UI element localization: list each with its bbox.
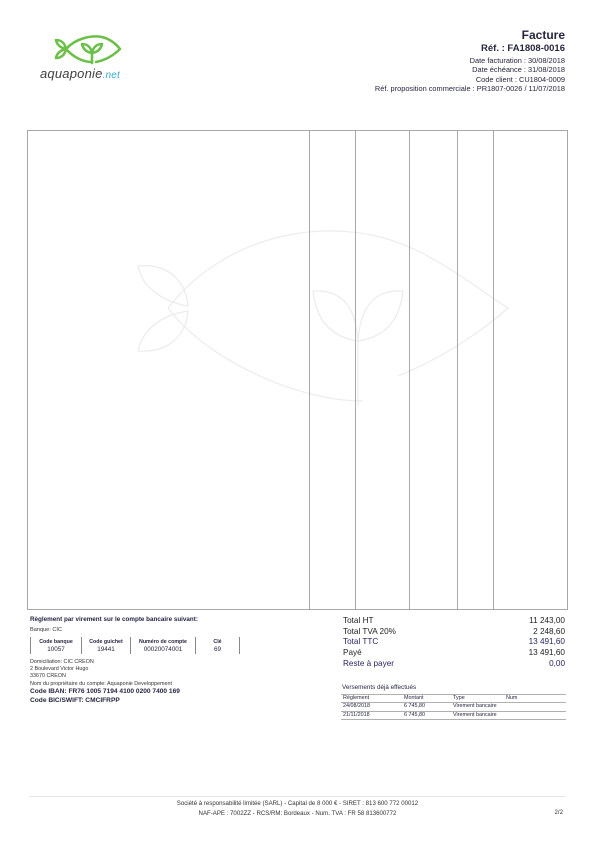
col-header: Type bbox=[451, 695, 504, 703]
total-label: Total TVA 20% bbox=[343, 627, 396, 638]
bank-codes-grid: Code banque 10057 Code guichet 19441 Num… bbox=[30, 637, 240, 654]
legal-footer: Société à responsabilité limitée (SARL) … bbox=[0, 799, 595, 818]
key-cell: Clé 69 bbox=[195, 637, 240, 654]
branch-code-value: 19441 bbox=[82, 646, 130, 654]
payments-header-row: Règlement Montant Type Num bbox=[341, 695, 566, 703]
column-divider bbox=[457, 131, 458, 609]
invoice-reference: Réf. : FA1808-0016 bbox=[375, 42, 565, 56]
key-value: 69 bbox=[196, 646, 239, 654]
branch-code-header: Code guichet bbox=[82, 638, 130, 646]
proposal-reference: Réf. proposition commerciale : PR1807-00… bbox=[375, 84, 565, 93]
total-value: 0,00 bbox=[549, 659, 565, 670]
account-number-header: Numéro de compte bbox=[131, 638, 195, 646]
due-date: Date échéance : 31/08/2018 bbox=[375, 65, 565, 74]
col-header: Règlement bbox=[341, 695, 402, 703]
payment-date: 24/08/2018 bbox=[341, 703, 402, 711]
column-divider bbox=[355, 131, 356, 609]
domiciliation: Domiciliation: CIC CREON bbox=[30, 659, 172, 666]
payment-amount: 6 745,80 bbox=[402, 703, 451, 711]
invoice-date: Date facturation : 30/08/2018 bbox=[375, 56, 565, 65]
total-value: 11 243,00 bbox=[529, 616, 565, 627]
account-number-cell: Numéro de compte 00020074001 bbox=[130, 637, 195, 654]
total-value: 2 248,60 bbox=[533, 627, 565, 638]
total-label: Total HT bbox=[343, 616, 373, 627]
payment-date: 21/11/2018 bbox=[341, 711, 402, 719]
payment-amount: 6 745,80 bbox=[402, 711, 451, 719]
payment-type: Virement bancaire bbox=[451, 703, 504, 711]
total-label: Payé bbox=[343, 648, 362, 659]
key-header: Clé bbox=[196, 638, 239, 646]
payment-num bbox=[504, 703, 566, 711]
bank-transfer-title: Règlement par virement sur le compte ban… bbox=[30, 616, 198, 623]
payments-table: Règlement Montant Type Num 24/08/2018 6 … bbox=[341, 694, 566, 720]
column-divider bbox=[409, 131, 410, 609]
col-header: Num bbox=[504, 695, 566, 703]
bic-swift: Code BIC/SWIFT: CMCIFRPP bbox=[30, 697, 180, 706]
bank-name: Banque: CIC bbox=[30, 627, 62, 633]
page-number: 2/2 bbox=[555, 809, 563, 816]
bank-code-header: Code banque bbox=[31, 638, 81, 646]
table-row: 21/11/2018 6 745,80 Virement bancaire bbox=[341, 711, 566, 719]
logo-brand: aquaponie bbox=[40, 66, 103, 81]
address-line-2: 33670 CREON bbox=[30, 673, 172, 680]
invoice-header: Facture Réf. : FA1808-0016 Date facturat… bbox=[375, 29, 565, 93]
total-label: Total TTC bbox=[343, 637, 378, 648]
total-vat-row: Total TVA 20%2 248,60 bbox=[343, 627, 565, 638]
total-label: Reste à payer bbox=[343, 659, 394, 670]
fish-sprout-logo-icon bbox=[52, 32, 126, 66]
column-divider bbox=[309, 131, 310, 609]
fish-sprout-watermark-icon bbox=[98, 191, 538, 461]
bank-identifiers: Code IBAN: FR76 1005 7194 4100 0200 7400… bbox=[30, 688, 180, 705]
footer-divider bbox=[30, 796, 565, 797]
iban: Code IBAN: FR76 1005 7194 4100 0200 7400… bbox=[30, 688, 180, 697]
account-owner: Nom du propriétaire du compte: Aquaponie… bbox=[30, 681, 172, 688]
payment-num bbox=[504, 711, 566, 719]
totals-block: Total HT11 243,00 Total TVA 20%2 248,60 … bbox=[343, 616, 565, 670]
remaining-row: Reste à payer0,00 bbox=[343, 659, 565, 670]
total-value: 13 491,60 bbox=[529, 637, 565, 648]
items-table bbox=[27, 130, 568, 610]
footer-line-2: NAF-APE : 7002ZZ - RCS/RM: Bordeaux - Nu… bbox=[0, 809, 595, 819]
bank-code-cell: Code banque 10057 bbox=[30, 637, 81, 654]
footer-line-1: Société à responsabilité limitée (SARL) … bbox=[0, 799, 595, 809]
total-ttc-row: Total TTC13 491,60 bbox=[343, 637, 565, 648]
logo-wordmark: aquaponie.net bbox=[40, 66, 120, 81]
column-divider bbox=[493, 131, 494, 609]
company-logo: aquaponie.net bbox=[36, 28, 146, 88]
branch-code-cell: Code guichet 19441 bbox=[81, 637, 130, 654]
client-code: Code client : CU1804-0009 bbox=[375, 75, 565, 84]
payment-type: Virement bancaire bbox=[451, 711, 504, 719]
col-header: Montant bbox=[402, 695, 451, 703]
total-value: 13 491,60 bbox=[529, 648, 565, 659]
total-ht-row: Total HT11 243,00 bbox=[343, 616, 565, 627]
bank-address: Domiciliation: CIC CREON 2 Boulevard Vic… bbox=[30, 659, 172, 688]
table-row: 24/08/2018 6 745,80 Virement bancaire bbox=[341, 703, 566, 711]
payments-title: Versements déjà effectués bbox=[342, 684, 416, 691]
paid-row: Payé13 491,60 bbox=[343, 648, 565, 659]
address-line-1: 2 Boulevard Victor Hugo bbox=[30, 666, 172, 673]
bank-code-value: 10057 bbox=[31, 646, 81, 654]
document-title: Facture bbox=[375, 29, 565, 42]
logo-tld: .net bbox=[103, 70, 120, 81]
account-number-value: 00020074001 bbox=[131, 646, 195, 654]
